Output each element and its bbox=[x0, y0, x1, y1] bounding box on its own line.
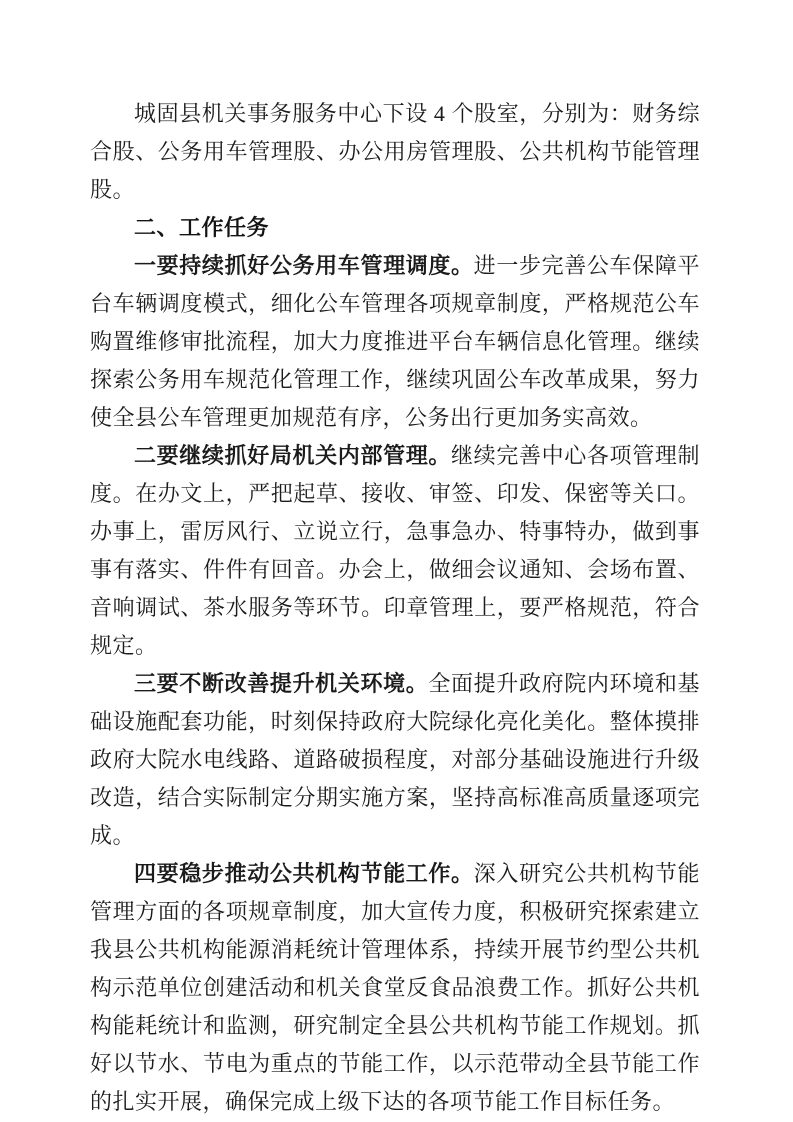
paragraph-text: 进一步完善公车保障平台车辆调度模式，细化公车管理各项规章制度，严格规范公车购置维… bbox=[90, 253, 700, 430]
paragraph: 一要持续抓好公务用车管理调度。进一步完善公车保障平台车辆调度模式，细化公车管理各… bbox=[90, 247, 700, 437]
paragraph-lead: 一要持续抓好公务用车管理调度。 bbox=[134, 253, 474, 278]
paragraph: 四要稳步推动公共机构节能工作。深入研究公共机构节能管理方面的各项规章制度，加大宣… bbox=[90, 855, 700, 1121]
section-heading: 二、工作任务 bbox=[90, 209, 700, 247]
paragraph-text: 城固县机关事务服务中心下设 4 个股室，分别为：财务综合股、公务用车管理股、办公… bbox=[90, 101, 700, 202]
paragraph-lead: 三要不断改善提升机关环境。 bbox=[134, 671, 428, 696]
paragraph-lead: 二要继续抓好局机关内部管理。 bbox=[134, 443, 451, 468]
document-page: 城固县机关事务服务中心下设 4 个股室，分别为：财务综合股、公务用车管理股、办公… bbox=[0, 0, 793, 1122]
paragraph-text: 深入研究公共机构节能管理方面的各项规章制度，加大宣传力度，积极研究探索建立我县公… bbox=[90, 861, 700, 1114]
paragraph: 三要不断改善提升机关环境。全面提升政府院内环境和基础设施配套功能，时刻保持政府大… bbox=[90, 665, 700, 855]
paragraph-lead: 四要稳步推动公共机构节能工作。 bbox=[134, 861, 474, 886]
paragraph-text: 全面提升政府院内环境和基础设施配套功能，时刻保持政府大院绿化亮化美化。整体摸排政… bbox=[90, 671, 700, 848]
paragraph-text: 继续完善中心各项管理制度。在办文上，严把起草、接收、审签、印发、保密等关口。办事… bbox=[90, 443, 700, 658]
paragraph: 二要继续抓好局机关内部管理。继续完善中心各项管理制度。在办文上，严把起草、接收、… bbox=[90, 437, 700, 665]
paragraph: 城固县机关事务服务中心下设 4 个股室，分别为：财务综合股、公务用车管理股、办公… bbox=[90, 95, 700, 209]
document-body: 城固县机关事务服务中心下设 4 个股室，分别为：财务综合股、公务用车管理股、办公… bbox=[90, 95, 700, 1121]
